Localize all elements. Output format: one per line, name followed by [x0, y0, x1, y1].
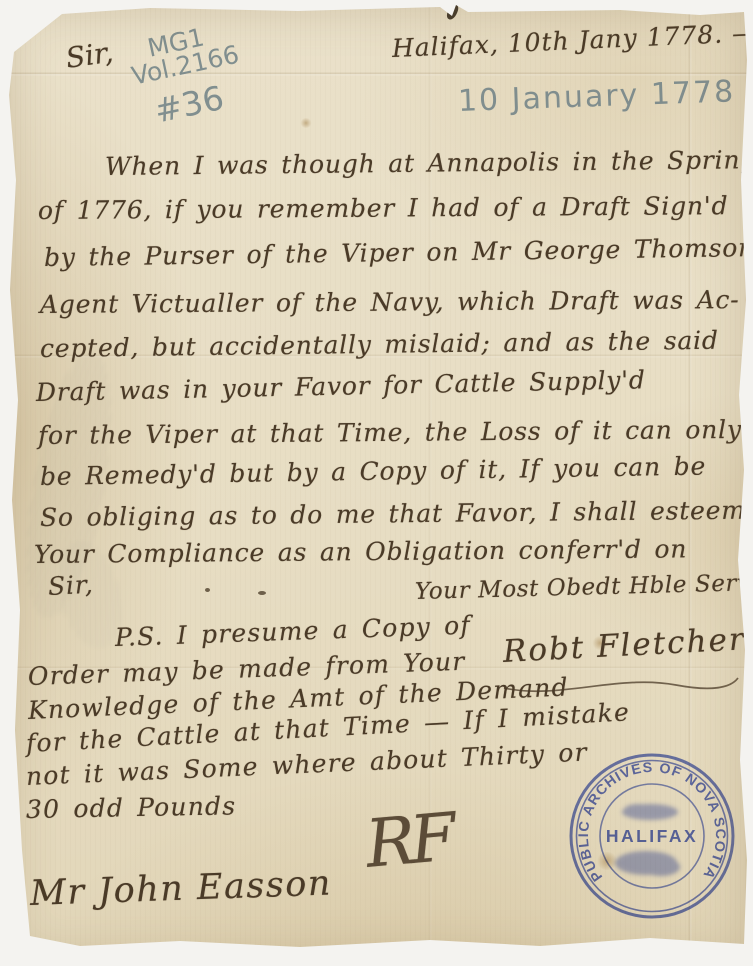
sender-monogram: RF: [363, 799, 454, 883]
letter-body-line: of 1776, if you remember I had of a Draf…: [38, 191, 729, 225]
salutation: Sir,: [64, 36, 115, 75]
letter-body-line: Draft was in your Favor for Cattle Suppl…: [36, 365, 646, 407]
archive-reference-line: #36: [151, 78, 227, 131]
stamp-center-text: HALIFAX: [606, 826, 698, 846]
foxing-spot: [300, 118, 312, 128]
ink-speck: [258, 591, 266, 595]
letter-body-line: for the Viper at that Time, the Loss of …: [38, 415, 742, 450]
archive-stamp: PUBLIC ARCHIVES OF NOVA SCOTIA HALIFAX: [566, 750, 738, 922]
signature: Robt Fletcher: [502, 621, 746, 670]
letter-paper: MG1 Vol.2166 #36 10 January 1778 Sir, Ha…: [0, 0, 753, 966]
letter-body-line: Agent Victualler of the Navy, which Draf…: [40, 285, 740, 319]
complimentary-close: Your Most Obedt Hble Servt: [415, 570, 753, 605]
pencil-date-annotation: 10 January 1778: [457, 74, 735, 119]
letter-body-line: be Remedy'd but by a Copy of it, If you …: [40, 452, 707, 491]
letter-body-line: Sir,: [47, 570, 94, 601]
scan-background: MG1 Vol.2166 #36 10 January 1778 Sir, Ha…: [0, 0, 753, 966]
ink-blot: [445, 3, 460, 21]
postscript-line: 30 odd Pounds: [26, 791, 237, 824]
letter-body-line: by the Purser of the Viper on Mr George …: [44, 232, 753, 272]
postscript-line: P.S. I presume a Copy of: [114, 611, 471, 652]
letter-body-line: Your Compliance as an Obligation conferr…: [34, 534, 687, 569]
recipient-name: Mr John Easson: [29, 863, 332, 914]
ink-speck: [205, 588, 210, 592]
horizontal-crease: [0, 72, 753, 76]
letter-body-line: So obliging as to do me that Favor, I sh…: [40, 496, 746, 532]
letter-body-line: When I was though at Annapolis in the Sp…: [105, 145, 753, 181]
ink-dateline: Halifax, 10th Jany 1778. —: [391, 18, 753, 63]
